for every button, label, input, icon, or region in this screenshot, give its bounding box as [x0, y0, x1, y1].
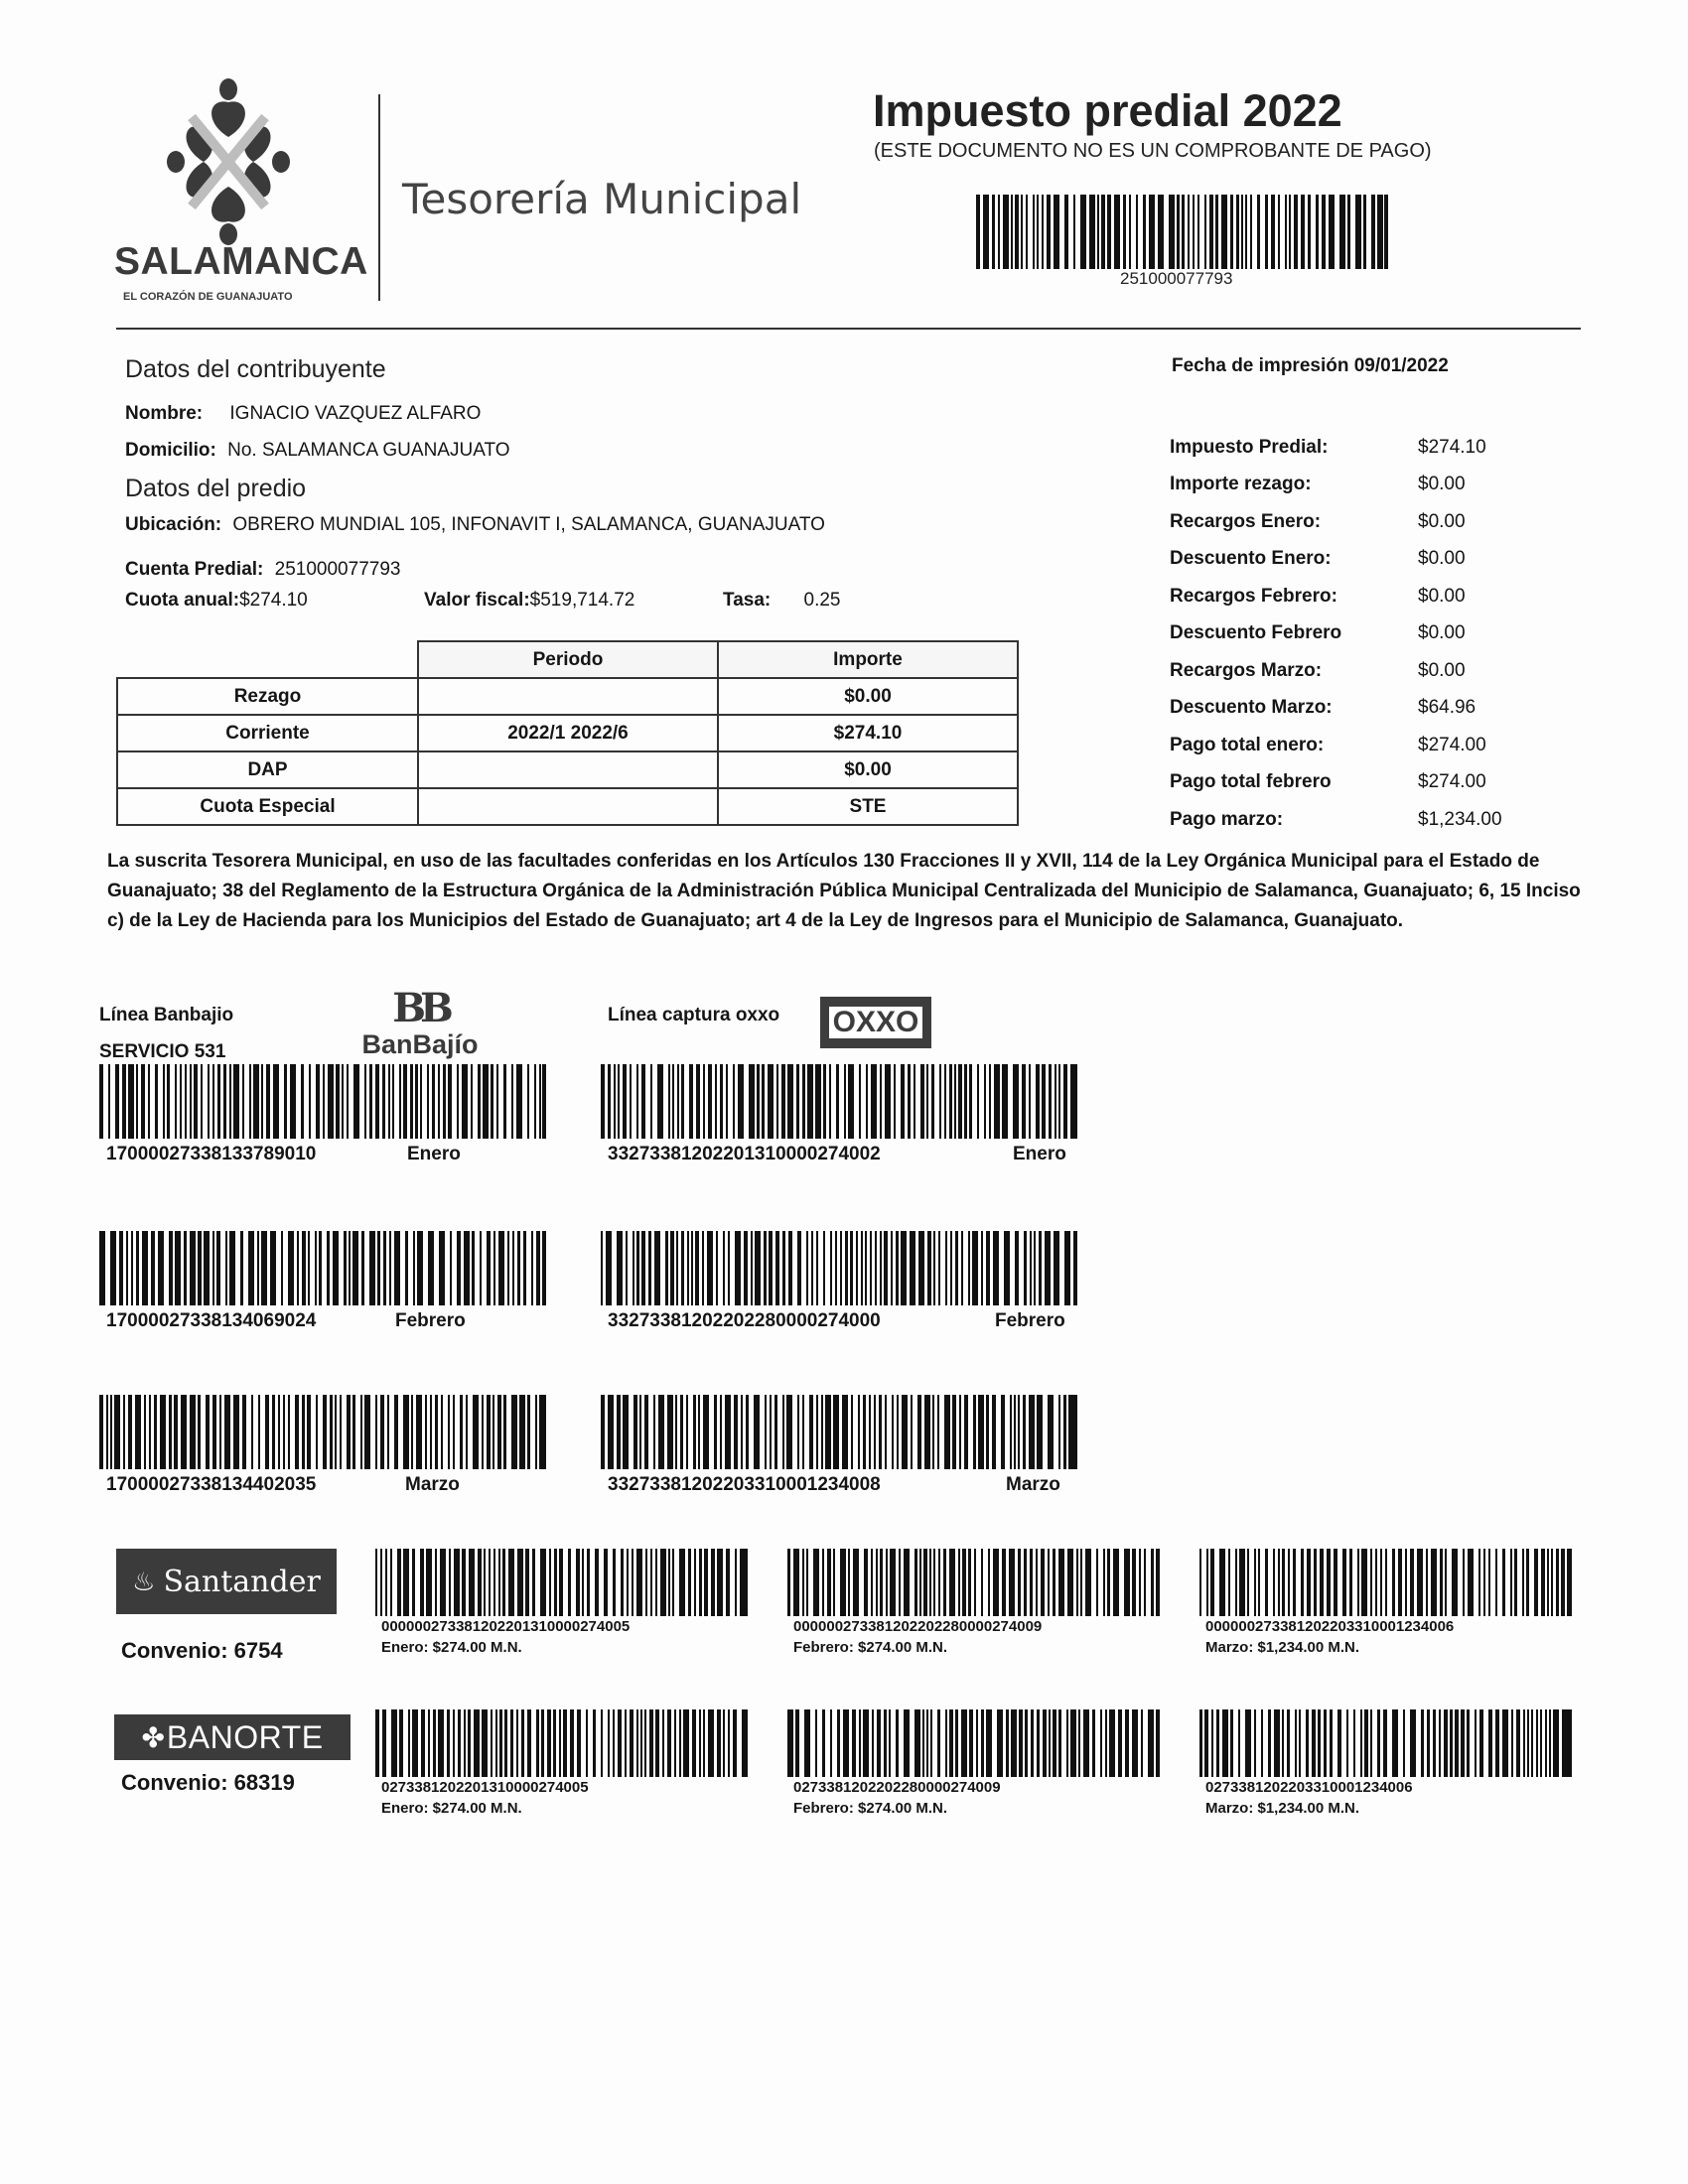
banorte-barcode: [787, 1709, 1160, 1777]
summary-value: $0.00: [1418, 511, 1557, 533]
summary-label: Descuento Febrero: [1170, 622, 1418, 644]
ubicacion-row: Ubicación: OBRERO MUNDIAL 105, INFONAVIT…: [125, 514, 825, 536]
banorte-barcode: [375, 1709, 748, 1777]
department-name: Tesorería Municipal: [402, 175, 801, 223]
row-importe: STE: [718, 788, 1018, 825]
summary-value: $0.00: [1418, 474, 1557, 495]
row-concept: Cuota Especial: [117, 788, 418, 825]
barcode-icon: [375, 1549, 748, 1616]
table-row: Cuota Especial STE: [117, 788, 1018, 825]
account-barcode-number: 251000077793: [1120, 269, 1232, 289]
santander-barcode: [1199, 1549, 1572, 1616]
summary-row: Recargos Febrero:$0.00: [1170, 578, 1557, 615]
domicilio-value: No. SALAMANCA GUANAJUATO: [227, 440, 509, 461]
nombre-value: IGNACIO VAZQUEZ ALFARO: [229, 403, 481, 424]
row-importe: $0.00: [718, 751, 1018, 788]
oxxo-logo-text: OXXO: [829, 1007, 923, 1038]
table-row: Corriente 2022/1 2022/6 $274.10: [117, 715, 1018, 751]
barcode-icon: [601, 1231, 1077, 1305]
oxxo-barcode: [601, 1231, 1077, 1305]
santander-code: 000000273381202201310000274005: [381, 1618, 630, 1635]
summary-label: Importe rezago:: [1170, 474, 1418, 495]
cuenta-row: Cuenta Predial: 251000077793: [125, 559, 400, 581]
oxxo-label: Línea captura oxxo: [608, 1005, 779, 1026]
summary-row: Pago total febrero$274.00: [1170, 764, 1557, 802]
table-header-importe: Importe: [718, 641, 1018, 678]
banorte-amount: Enero: $274.00 M.N.: [381, 1800, 522, 1817]
summary-row: Impuesto Predial:$274.10: [1170, 429, 1557, 467]
oxxo-code: 33273381202202280000274000: [608, 1310, 881, 1332]
banbajio-mark-icon: BB: [346, 988, 494, 1029]
ubicacion-value: OBRERO MUNDIAL 105, INFONAVIT I, SALAMAN…: [232, 514, 825, 535]
cuota-value: $274.10: [239, 590, 308, 611]
summary-value: $1,234.00: [1418, 809, 1557, 831]
summary-value: $0.00: [1418, 548, 1557, 570]
banorte-code: 0273381202202280000274009: [793, 1779, 1001, 1796]
tasa-row: Tasa: 0.25: [723, 590, 841, 612]
header-divider: [378, 94, 380, 301]
summary-row: Descuento Enero:$0.00: [1170, 541, 1557, 579]
summary-label: Pago total febrero: [1170, 771, 1418, 793]
payment-summary: Impuesto Predial:$274.10Importe rezago:$…: [1170, 429, 1557, 839]
banbajio-code: 17000027338134402035: [106, 1474, 316, 1496]
summary-row: Importe rezago:$0.00: [1170, 467, 1557, 504]
valor-label: Valor fiscal:: [424, 590, 530, 611]
summary-label: Recargos Enero:: [1170, 511, 1418, 533]
santander-barcode: [787, 1549, 1160, 1616]
cuota-label: Cuota anual:: [125, 590, 239, 611]
oxxo-month: Febrero: [995, 1310, 1065, 1332]
summary-label: Impuesto Predial:: [1170, 437, 1418, 459]
summary-row: Recargos Marzo:$0.00: [1170, 652, 1557, 690]
summary-row: Pago marzo:$1,234.00: [1170, 801, 1557, 839]
nombre-label: Nombre:: [125, 403, 203, 424]
header-rule: [116, 328, 1581, 330]
summary-label: Pago total enero:: [1170, 735, 1418, 756]
banbajio-code: 17000027338133789010: [106, 1144, 316, 1165]
barcode-icon: [99, 1395, 546, 1469]
table-row: DAP $0.00: [117, 751, 1018, 788]
oxxo-month: Enero: [1013, 1144, 1066, 1165]
oxxo-logo: OXXO: [820, 997, 931, 1048]
valor-value: $519,714.72: [530, 590, 635, 611]
oxxo-barcode: [601, 1395, 1077, 1469]
barcode-icon: [601, 1064, 1077, 1139]
banorte-convenio: Convenio: 68319: [121, 1770, 295, 1796]
santander-code: 000000273381202203310001234006: [1205, 1618, 1454, 1635]
document-title: Impuesto predial 2022: [873, 85, 1342, 137]
row-concept: Rezago: [117, 678, 418, 715]
barcode-icon: [1199, 1549, 1572, 1616]
banbajio-service: SERVICIO 531: [99, 1041, 225, 1063]
santander-logo: ♨ Santander: [116, 1549, 337, 1614]
banbajio-month: Enero: [407, 1144, 461, 1165]
valor-row: Valor fiscal:$519,714.72: [424, 590, 634, 612]
section-title-predio: Datos del predio: [125, 475, 306, 503]
santander-amount: Febrero: $274.00 M.N.: [793, 1639, 947, 1656]
table-header-row: Periodo Importe: [117, 641, 1018, 678]
cuota-row: Cuota anual:$274.10: [125, 590, 308, 612]
santander-logo-text: Santander: [163, 1565, 320, 1599]
nombre-row: Nombre: IGNACIO VAZQUEZ ALFARO: [125, 403, 481, 425]
tasa-label: Tasa:: [723, 590, 771, 611]
domicilio-row: Domicilio: No. SALAMANCA GUANAJUATO: [125, 440, 510, 462]
banorte-code: 0273381202201310000274005: [381, 1779, 589, 1796]
city-name: SALAMANCA: [114, 240, 368, 284]
summary-value: $274.00: [1418, 771, 1557, 793]
banbajio-label: Línea Banbajio: [99, 1005, 233, 1026]
table-row: Rezago $0.00: [117, 678, 1018, 715]
banbajio-barcode: [99, 1064, 546, 1139]
row-importe: $274.10: [718, 715, 1018, 751]
city-tagline: EL CORAZÓN DE GUANAJUATO: [123, 291, 293, 303]
ubicacion-label: Ubicación:: [125, 514, 221, 535]
santander-amount: Enero: $274.00 M.N.: [381, 1639, 522, 1656]
banbajio-code: 17000027338134069024: [106, 1310, 316, 1332]
banorte-logo-text: BANORTE: [167, 1719, 324, 1756]
banbajio-barcode: [99, 1231, 546, 1305]
oxxo-code: 33273381202203310001234008: [608, 1474, 881, 1496]
summary-value: $64.96: [1418, 697, 1557, 719]
banorte-logo: ✤ BANORTE: [114, 1714, 351, 1760]
summary-value: $0.00: [1418, 660, 1557, 682]
summary-value: $274.10: [1418, 437, 1557, 459]
banbajio-month: Febrero: [395, 1310, 466, 1332]
table-header-blank: [117, 641, 418, 678]
summary-row: Descuento Febrero$0.00: [1170, 615, 1557, 653]
oxxo-month: Marzo: [1006, 1474, 1060, 1496]
banbajio-barcode: [99, 1395, 546, 1469]
summary-row: Pago total enero:$274.00: [1170, 727, 1557, 764]
period-table: Periodo Importe Rezago $0.00 Corriente 2…: [116, 640, 1019, 826]
banorte-amount: Marzo: $1,234.00 M.N.: [1205, 1800, 1359, 1817]
santander-flame-icon: ♨: [132, 1567, 155, 1597]
barcode-icon: [787, 1709, 1160, 1777]
santander-amount: Marzo: $1,234.00 M.N.: [1205, 1639, 1359, 1656]
cuenta-label: Cuenta Predial:: [125, 559, 263, 580]
section-title-contribuyente: Datos del contribuyente: [125, 355, 386, 384]
cuenta-value: 251000077793: [275, 559, 401, 580]
banorte-amount: Febrero: $274.00 M.N.: [793, 1800, 947, 1817]
row-concept: Corriente: [117, 715, 418, 751]
oxxo-code: 33273381202201310000274002: [608, 1144, 881, 1165]
table-header-periodo: Periodo: [418, 641, 718, 678]
legal-text: La suscrita Tesorera Municipal, en uso d…: [107, 847, 1587, 936]
oxxo-barcode: [601, 1064, 1077, 1139]
tasa-value: 0.25: [804, 590, 841, 611]
santander-barcode: [375, 1549, 748, 1616]
summary-value: $0.00: [1418, 622, 1557, 644]
summary-label: Descuento Marzo:: [1170, 697, 1418, 719]
banbajio-logo-text: BanBajío: [346, 1029, 494, 1060]
row-concept: DAP: [117, 751, 418, 788]
summary-label: Recargos Febrero:: [1170, 586, 1418, 608]
banorte-barcode: [1199, 1709, 1572, 1777]
row-periodo: [418, 678, 718, 715]
account-barcode: [976, 195, 1388, 269]
barcode-icon: [375, 1709, 748, 1777]
row-periodo: 2022/1 2022/6: [418, 715, 718, 751]
document-subtitle: (ESTE DOCUMENTO NO ES UN COMPROBANTE DE …: [874, 140, 1432, 163]
banorte-mark-icon: ✤: [141, 1721, 164, 1754]
fecha-impresion: Fecha de impresión 09/01/2022: [1172, 355, 1449, 377]
summary-value: $0.00: [1418, 586, 1557, 608]
domicilio-label: Domicilio:: [125, 440, 216, 461]
row-periodo: [418, 751, 718, 788]
summary-label: Recargos Marzo:: [1170, 660, 1418, 682]
summary-label: Descuento Enero:: [1170, 548, 1418, 570]
summary-row: Recargos Enero:$0.00: [1170, 503, 1557, 541]
summary-value: $274.00: [1418, 735, 1557, 756]
summary-label: Pago marzo:: [1170, 809, 1418, 831]
barcode-icon: [601, 1395, 1077, 1469]
santander-code: 000000273381202202280000274009: [793, 1618, 1042, 1635]
barcode-icon: [787, 1549, 1160, 1616]
banbajio-month: Marzo: [405, 1474, 460, 1496]
barcode-icon: [99, 1231, 546, 1305]
banbajio-logo: BB BanBajío: [346, 988, 494, 1060]
barcode-icon: [976, 195, 1388, 269]
summary-row: Descuento Marzo:$64.96: [1170, 690, 1557, 728]
santander-convenio: Convenio: 6754: [121, 1638, 283, 1664]
banorte-code: 0273381202203310001234006: [1205, 1779, 1413, 1796]
row-periodo: [418, 788, 718, 825]
barcode-icon: [1199, 1709, 1572, 1777]
salamanca-logo-icon: [164, 77, 293, 246]
row-importe: $0.00: [718, 678, 1018, 715]
barcode-icon: [99, 1064, 546, 1139]
